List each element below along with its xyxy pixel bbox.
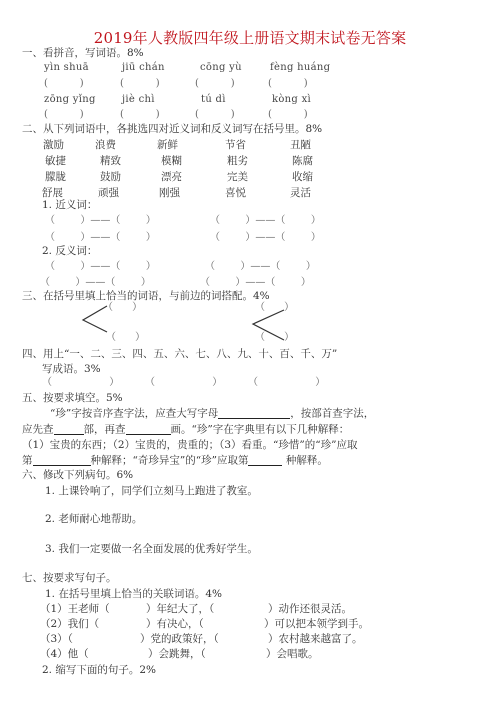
section-4-subheading: 写成语。3% [42,364,101,375]
word: 舒展 [42,188,63,199]
word: 模糊 [161,156,182,167]
radical-blank[interactable] [54,424,84,435]
stroke-count-blank[interactable] [126,424,171,435]
word: 激励 [43,140,64,151]
conj-b: ）会跳舞，（ [148,649,206,660]
word: 刚强 [159,188,180,199]
document-title: 2019年人教版四年级上册语文期末试卷无答案 [0,31,500,46]
answer-blank[interactable]: ( ) [268,110,308,120]
synonym-pair-blank[interactable]: （ ）——（ ） [45,216,156,226]
answer-blank[interactable]: ( ) [268,79,308,89]
antonym-pair-blank[interactable]: （ ）——（ ） [205,262,316,272]
synonym-label: 1. 近义词： [42,200,97,211]
pinyin-5: zōng yǐng [44,95,96,105]
definition-blank[interactable] [33,455,91,466]
fill-text: 画。“珍”字在字典里有以下几种解释： [171,424,350,436]
conj-c: ）动作还很灵活。 [268,604,352,615]
antonym-pair-blank[interactable]: （ ）——（ ） [200,278,311,288]
pinyin-7: tú dì [201,95,226,105]
word: 喜悦 [225,188,246,199]
word: 浪费 [95,140,116,151]
fill-text: 应先查 [22,424,54,436]
fill-text: “珍”字按音序查字法，应查大写字母 [50,408,218,420]
synonym-pair-blank[interactable]: （ ）——（ ） [210,216,321,226]
subsection-2-heading: 2. 缩写下面的句子。2% [42,665,156,676]
conj-b: ）有决心，（ [146,619,204,630]
answer-blank[interactable]: ( ) [120,110,160,120]
idiom-blank[interactable]: （ ） [145,378,222,388]
conj-c: ）可以把本领学到手。 [264,619,369,630]
fill-text: 种解释；“奇珍异宝”的“珍”应取第 [91,455,249,467]
word: 完美 [227,172,248,183]
word: 陈腐 [292,156,313,167]
word: 敏捷 [45,156,66,167]
word: 鼓励 [100,172,121,183]
subsection-1-heading: 1. 在括号里填上恰当的关联词语。4% [45,589,222,600]
word: 收缩 [292,172,313,183]
answer-blank[interactable]: （ ） [106,333,145,343]
answer-blank[interactable]: （ ） [255,333,294,343]
conj-b: ）年纪大了，（ [146,604,214,615]
sentence-item: 3. 我们一定要做一名全面发展的优秀好学生。 [45,544,258,555]
answer-blank[interactable]: ( ) [195,110,235,120]
antonym-pair-blank[interactable]: （ ）——（ ） [40,278,151,288]
antonym-pair-blank[interactable]: （ ）——（ ） [45,262,156,272]
idiom-blank[interactable]: （ ） [42,378,119,388]
pinyin-3: cōng yù [200,63,242,73]
idiom-blank[interactable]: （ ） [248,378,325,388]
word: 粗劣 [227,156,248,167]
section-4-heading: 四、用上“一、二、三、四、五、六、七、八、九、十、百、千、万” [22,349,337,360]
sentence-item: 1. 上课铃响了，同学们立刻马上跑进了教室。 [45,486,258,497]
sentence-item: 2. 老师耐心地帮助。 [45,514,142,525]
pinyin-2: jiū chán [122,63,165,73]
word: 朦胧 [45,172,66,183]
conj-c: ）会唱歌。 [266,649,319,660]
word: 丑陋 [290,140,311,151]
definition-blank[interactable] [248,455,282,466]
conj-c: ）农村越来越富了。 [268,634,363,645]
fill-text: 部，再查 [84,424,126,436]
conj-a: （4）他（ [40,649,89,660]
answer-blank[interactable]: ( ) [44,110,84,120]
answer-blank[interactable]: ( ) [120,79,160,89]
answer-blank[interactable]: ( ) [195,79,235,89]
answer-blank[interactable]: ( ) [44,79,84,89]
section-7-heading: 七、按要求写句子。 [22,573,117,584]
section-5-heading: 五、按要求填空。5% [22,393,123,404]
pinyin-6: jiè chì [122,95,155,105]
synonym-pair-blank[interactable]: （ ）——（ ） [45,233,156,243]
word: 新鲜 [157,140,178,151]
word: 节省 [225,140,246,151]
definitions-text: （1）宝贵的东西；（2）宝贵的，贵重的；（3）看重。“珍惜”的“珍”应取 [22,440,358,451]
conj-b: ）党的政策好，（ [140,634,219,645]
synonym-pair-blank[interactable]: （ ）——（ ） [210,233,321,243]
conj-a: （2）我们（ [40,619,99,630]
word: 漂亮 [161,172,182,183]
pinyin-8: kòng xì [272,95,311,105]
section-1-heading: 一、看拼音，写词语。8% [22,48,144,59]
fill-text: 种解释。 [282,455,327,467]
section-2-heading: 二、从下列词语中，各挑选四对近义词和反义词写在括号里。8% [22,124,322,135]
section-3-heading: 三、在括号里填上恰当的词语，与前边的词搭配。4% [22,291,270,302]
word: 精致 [100,156,121,167]
word: 灵活 [290,188,311,199]
fill-text: 第 [22,455,33,467]
word: 顽强 [98,188,119,199]
letter-blank[interactable] [218,408,290,419]
conj-a: （1）王老师（ [40,604,110,615]
pinyin-4: fèng huáng [270,63,330,73]
pinyin-1: yìn shuā [44,63,89,73]
answer-blank[interactable]: （ ） [255,303,294,313]
section-6-heading: 六、修改下列病句。6% [22,470,133,481]
fill-text: ，按部首查字法， [290,408,374,420]
answer-blank[interactable]: （ ） [103,303,142,313]
conj-a: （3）（ [40,634,73,645]
antonym-label: 2. 反义词： [42,246,97,257]
